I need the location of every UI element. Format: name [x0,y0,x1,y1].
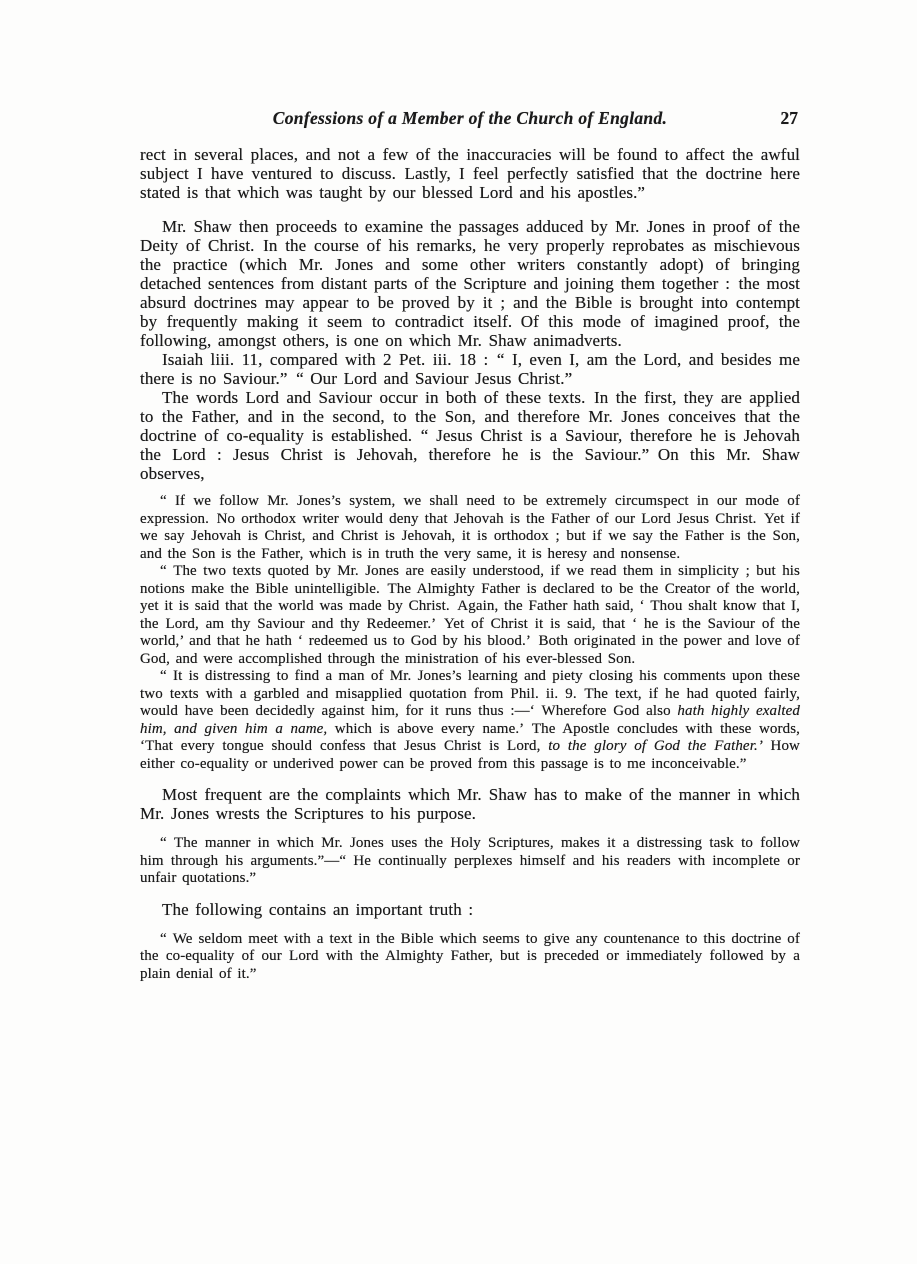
text-column: Confessions of a Member of the Church of… [140,0,800,983]
quoted-extract: “ It is distressing to find a man of Mr.… [140,668,800,773]
body-paragraph: Most frequent are the complaints which M… [140,785,800,823]
body-paragraph: Mr. Shaw then proceeds to examine the pa… [140,217,800,350]
scripture-comparison-paragraph: Isaiah liii. 11, compared with 2 Pet. ii… [140,350,800,388]
page-number: 27 [781,108,799,129]
quote-italic-phrase: to the glory of God the Father.’ [548,738,763,754]
book-page: Confessions of a Member of the Church of… [0,0,917,1264]
body-paragraph: The words Lord and Saviour occur in both… [140,388,800,483]
body-paragraph-continuation: rect in several places, and not a few of… [140,145,800,202]
running-header: Confessions of a Member of the Church of… [140,108,800,132]
quoted-extract: “ The two texts quoted by Mr. Jones are … [140,563,800,668]
quoted-extract: “ The manner in which Mr. Jones uses the… [140,835,800,888]
body-paragraph: The following contains an important trut… [140,900,800,919]
quoted-extract: “ If we follow Mr. Jones’s system, we sh… [140,493,800,563]
quoted-extract: “ We seldom meet with a text in the Bibl… [140,931,800,984]
running-header-title: Confessions of a Member of the Church of… [140,108,800,129]
